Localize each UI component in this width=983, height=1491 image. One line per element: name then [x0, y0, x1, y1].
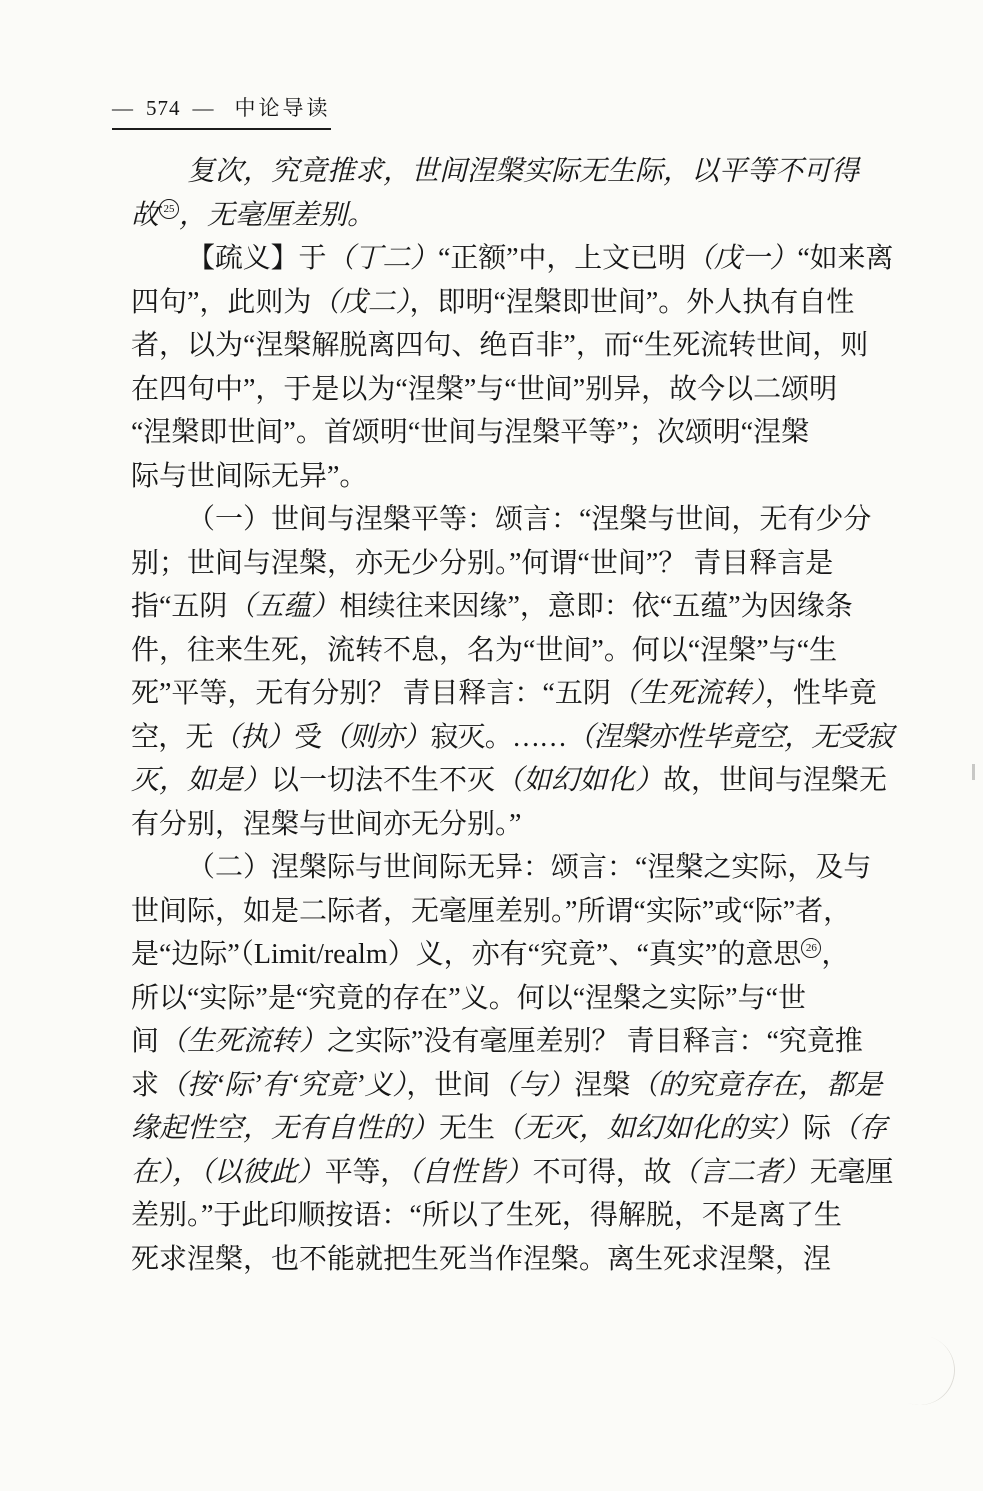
text-block: 复次，究竟推求，世间涅槃实际无生际，以平等不可得故25，无毫厘差别。【疏义】于（…: [131, 150, 893, 1281]
text-segment: （一）世间与涅槃平等：颂言：“涅槃与世间，无有少分: [187, 504, 871, 535]
text-segment: ，无毫厘差别。: [179, 200, 375, 231]
text-segment: “如来离: [797, 243, 893, 274]
text-line: 在四句中”，于是以为“涅槃”与“世间”别异，故今以二颂明: [131, 368, 893, 412]
text-segment: 涅槃: [574, 1070, 630, 1101]
text-line: （二）涅槃际与世间际无异：颂言：“涅槃之实际，及与: [131, 846, 893, 890]
text-segment: 死求涅槃，也不能就把生死当作涅槃。离生死求涅槃，涅: [131, 1244, 831, 1275]
text-segment: （生死流转）: [611, 678, 765, 709]
text-line: 件，往来生死，流转不息，名为“世间”。何以“涅槃”与“生: [131, 629, 893, 673]
text-line: （一）世间与涅槃平等：颂言：“涅槃与世间，无有少分: [131, 498, 893, 542]
header-dash-right: —: [193, 96, 215, 120]
text-line: 是“边际”（Limit/realm）义，亦有“究竟”、“真实”的意思26，: [131, 933, 893, 977]
text-line: 故25，无毫厘差别。: [131, 194, 893, 238]
text-line: 空，无（执）受（则亦）寂灭。……（涅槃亦性毕竟空，无受寂: [131, 716, 893, 760]
text-segment: （的究竟存在，都是: [630, 1070, 882, 1101]
text-segment: 间: [131, 1026, 159, 1057]
text-segment: （言二者）: [671, 1157, 810, 1188]
text-line: 四句”，此则为（戊二），即明“涅槃即世间”。外人执有自性: [131, 281, 893, 325]
text-segment: （如幻如化）: [495, 765, 663, 796]
text-line: 别；世间与涅槃，亦无少分别。”何谓“世间”？ 青目释言是: [131, 542, 893, 586]
text-segment: ，性毕竟: [765, 678, 877, 709]
text-segment: 受: [294, 722, 321, 753]
paragraph: （一）世间与涅槃平等：颂言：“涅槃与世间，无有少分别；世间与涅槃，亦无少分别。”…: [131, 498, 893, 846]
text-segment: ，世间: [406, 1070, 490, 1101]
text-segment: 复次，究竟推求，世间涅槃实际无生际，以平等不可得: [187, 156, 859, 187]
text-line: 【疏义】于（丁二）“正额”中，上文已明（戊一）“如来离: [131, 237, 893, 281]
text-segment: 灭，如是）: [131, 765, 271, 796]
text-segment: （自性皆）: [408, 1157, 533, 1188]
text-line: 间（生死流转）之实际”没有毫厘差别？ 青目释言：“究竟推: [131, 1020, 893, 1064]
text-segment: 际与世间际无异”。: [131, 461, 367, 492]
text-line: 际与世间际无异”。: [131, 455, 893, 499]
text-segment: 无毫厘: [810, 1157, 893, 1188]
paragraph: （二）涅槃际与世间际无异：颂言：“涅槃之实际，及与世间际，如是二际者，无毫厘差别…: [131, 846, 893, 1281]
text-segment: 不可得，故: [533, 1157, 672, 1188]
paragraph: 【疏义】于（丁二）“正额”中，上文已明（戊一）“如来离四句”，此则为（戊二），即…: [131, 237, 893, 498]
text-segment: 故: [131, 200, 159, 231]
text-segment: 件，往来生死，流转不息，名为“世间”。何以“涅槃”与“生: [131, 635, 837, 666]
text-segment: 四句”，此则为: [131, 287, 311, 318]
text-line: “涅槃即世间”。首颂明“世间与涅槃平等”；次颂明“涅槃: [131, 411, 893, 455]
text-segment: 之实际”没有毫厘差别？ 青目释言：“究竟推: [327, 1026, 863, 1057]
text-line: 指“五阴（五蕴）相续往来因缘”，意即：依“五蕴”为因缘条: [131, 585, 893, 629]
text-segment: （存: [831, 1113, 887, 1144]
paragraph: 复次，究竟推求，世间涅槃实际无生际，以平等不可得故25，无毫厘差别。: [131, 150, 893, 237]
text-segment: （二）涅槃际与世间际无异：颂言：“涅槃之实际，及与: [187, 852, 871, 883]
text-line: 差别。”于此印顺按语：“所以了生死，得解脱，不是离了生: [131, 1194, 893, 1238]
footnote-ref: 25: [159, 199, 179, 219]
text-segment: （执）: [213, 722, 295, 753]
header-dash-left: —: [112, 96, 134, 120]
text-segment: 无生: [439, 1113, 495, 1144]
text-line: 复次，究竟推求，世间涅槃实际无生际，以平等不可得: [131, 150, 893, 194]
text-segment: ）义，亦有“究竟”、“真实”的意思: [388, 939, 802, 970]
text-segment: 在四句中”，于是以为“涅槃”与“世间”别异，故今以二颂明: [131, 374, 837, 405]
text-segment: （丁二）: [326, 243, 438, 274]
text-line: 有分别，涅槃与世间亦无分别。”: [131, 803, 893, 847]
text-segment: 际: [803, 1113, 831, 1144]
book-title: 中论导读: [235, 96, 331, 120]
text-segment: （五蕴）: [227, 591, 339, 622]
text-line: 灭，如是）以一切法不生不灭（如幻如化）故，世间与涅槃无: [131, 759, 893, 803]
text-segment: ，即明“涅槃即世间”。外人执有自性: [409, 287, 854, 318]
text-line: 死求涅槃，也不能就把生死当作涅槃。离生死求涅槃，涅: [131, 1238, 893, 1282]
text-segment: 指“五阴: [131, 591, 227, 622]
text-segment: Limit/realm: [254, 939, 388, 970]
text-line: 死”平等，无有分别？ 青目释言：“五阴（生死流转），性毕竟: [131, 672, 893, 716]
text-segment: 死”平等，无有分别？ 青目释言：“五阴: [131, 678, 611, 709]
text-segment: 者，以为“涅槃解脱离四句、绝百非”，而“生死流转世间，则: [131, 330, 868, 361]
text-line: 世间际，如是二际者，无毫厘差别。”所谓“实际”或“际”者，: [131, 890, 893, 934]
text-segment: 有分别，涅槃与世间亦无分别。”: [131, 809, 521, 840]
text-segment: 空，无: [131, 722, 213, 753]
text-segment: 差别。”于此印顺按语：“所以了生死，得解脱，不是离了生: [131, 1200, 842, 1231]
scan-artifact: [972, 764, 975, 780]
text-segment: 缘起性空，无有自性的）: [131, 1113, 439, 1144]
text-segment: 是“边际”（: [131, 939, 254, 970]
page-number: 574: [146, 96, 181, 120]
text-segment: 以一切法不生不灭: [271, 765, 495, 796]
text-segment: “涅槃即世间”。首颂明“世间与涅槃平等”；次颂明“涅槃: [131, 417, 809, 448]
text-segment: 所以“实际”是“究竟的存在”义。何以“涅槃之实际”与“世: [131, 983, 806, 1014]
text-segment: 相续往来因缘”，意即：依“五蕴”为因缘条: [339, 591, 852, 622]
text-segment: 平等，: [325, 1157, 408, 1188]
text-segment: （则亦）: [322, 722, 431, 753]
text-segment: （无灭，如幻如化的实）: [495, 1113, 803, 1144]
text-segment: （戊一）: [686, 243, 798, 274]
page-header: —574—中论导读: [112, 92, 331, 130]
text-line: 者，以为“涅槃解脱离四句、绝百非”，而“生死流转世间，则: [131, 324, 893, 368]
book-page: —574—中论导读 复次，究竟推求，世间涅槃实际无生际，以平等不可得故25，无毫…: [0, 0, 983, 1491]
text-segment: （与）: [490, 1070, 574, 1101]
text-segment: ，: [821, 939, 849, 970]
page-curl-artifact: [875, 1326, 964, 1415]
text-segment: 求: [131, 1070, 159, 1101]
text-segment: 【疏义】于: [187, 243, 326, 274]
text-line: 缘起性空，无有自性的）无生（无灭，如幻如化的实）际（存: [131, 1107, 893, 1151]
text-segment: “正额”中，上文已明: [438, 243, 686, 274]
text-line: 在），（以彼此）平等，（自性皆）不可得，故（言二者）无毫厘: [131, 1151, 893, 1195]
text-line: 所以“实际”是“究竟的存在”义。何以“涅槃之实际”与“世: [131, 977, 893, 1021]
text-line: 求（按‘际’有‘究竟’义），世间（与）涅槃（的究竟存在，都是: [131, 1064, 893, 1108]
text-segment: 故，世间与涅槃无: [663, 765, 887, 796]
text-segment: 世间际，如是二际者，无毫厘差别。”所谓“实际”或“际”者，: [131, 896, 851, 927]
text-segment: 寂灭。……: [430, 722, 566, 753]
text-segment: （生死流转）: [159, 1026, 327, 1057]
text-segment: （按‘际’有‘究竟’义）: [159, 1070, 406, 1101]
footnote-ref: 26: [801, 938, 821, 958]
text-segment: （以彼此）: [200, 1157, 325, 1188]
text-segment: （戊二）: [311, 287, 409, 318]
text-segment: 在），: [131, 1157, 200, 1188]
text-segment: （涅槃亦性毕竟空，无受寂: [566, 722, 893, 753]
text-segment: 别；世间与涅槃，亦无少分别。”何谓“世间”？ 青目释言是: [131, 548, 833, 579]
